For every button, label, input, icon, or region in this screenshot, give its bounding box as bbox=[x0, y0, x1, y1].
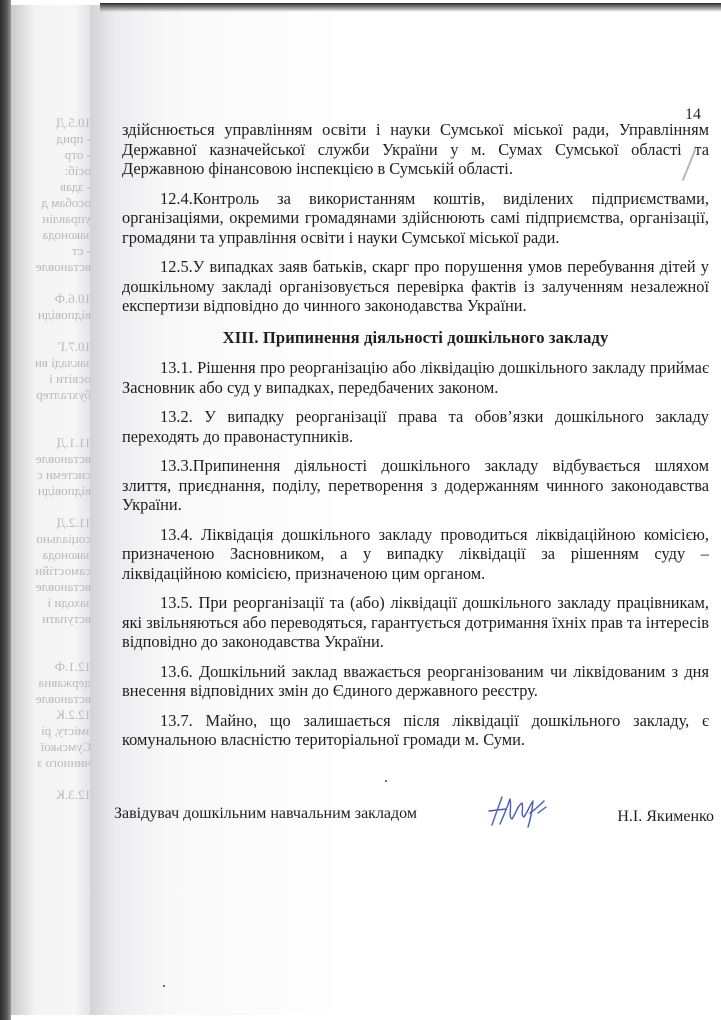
document-body: здійснюється управлінням освіти і науки … bbox=[122, 120, 709, 760]
bleed-line: системи с bbox=[21, 467, 90, 483]
page-top-edge-shadow bbox=[100, 3, 721, 12]
paragraph-12-4: 12.4.Контроль за використанням коштів, в… bbox=[122, 189, 709, 248]
bleed-line: встановле bbox=[21, 451, 90, 467]
bleed-line: державна bbox=[21, 675, 90, 691]
paragraph-13-6: 13.6. Дошкільний заклад вважається реорг… bbox=[122, 662, 709, 701]
bleed-line: заходи і bbox=[21, 595, 90, 611]
paragraph-13-5: 13.5. При реорганізації та (або) ліквіда… bbox=[122, 593, 709, 652]
bleed-line: 10.7.Г bbox=[21, 339, 90, 355]
bleed-line: закладі ви bbox=[21, 355, 90, 371]
bleed-line: 11.2.Д bbox=[21, 515, 90, 531]
bleed-line: - отр bbox=[21, 147, 90, 163]
paragraph-13-2: 13.2. У випадку реорганізації права та о… bbox=[122, 407, 709, 446]
bleed-line: 10.6.Ф bbox=[21, 291, 90, 307]
continuation-paragraph: здійснюється управлінням освіти і науки … bbox=[122, 120, 709, 179]
bleed-line: освіти і bbox=[21, 371, 90, 387]
bleed-line: відповідн bbox=[21, 307, 90, 323]
bleed-line bbox=[21, 275, 90, 291]
bleed-line: - прид bbox=[21, 131, 90, 147]
paragraph-13-4: 13.4. Ліквідація дошкільного закладу про… bbox=[122, 525, 709, 584]
paragraph-12-5: 12.5.У випадках заяв батьків, скарг про … bbox=[122, 257, 709, 316]
bleed-line bbox=[21, 323, 90, 339]
bleed-line: чинного з bbox=[21, 755, 90, 771]
bleed-line: 12.3.К bbox=[21, 787, 90, 803]
bleed-line: 12.1.Ф bbox=[21, 659, 90, 675]
handwritten-signature-icon bbox=[486, 791, 556, 831]
bleed-line bbox=[21, 643, 90, 659]
bleed-line: 12.2.К bbox=[21, 707, 90, 723]
signatory-name: Н.І. Якименко bbox=[617, 808, 714, 826]
signature-block: Завідувач дошкільним навчальним закладом… bbox=[114, 805, 714, 835]
previous-page-bleed-text: 10.5.Д- прид- отросіб:- здавособам дупра… bbox=[21, 115, 90, 803]
bleed-line: Сумської bbox=[21, 739, 90, 755]
paragraph-13-7: 13.7. Майно, що залишається після ліквід… bbox=[122, 711, 709, 750]
bleed-line bbox=[21, 771, 90, 787]
bleed-line bbox=[21, 403, 90, 419]
section-title: XIII. Припинення діяльності дошкільного … bbox=[122, 328, 709, 348]
bleed-line bbox=[21, 419, 90, 435]
bleed-line: відповідн bbox=[21, 483, 90, 499]
bleed-line: соціально bbox=[21, 531, 90, 547]
paragraph-13-1: 13.1. Рішення про реорганізацію або лікв… bbox=[122, 358, 709, 397]
bleed-line: бухгалтер bbox=[21, 387, 90, 403]
bleed-line: - ст bbox=[21, 243, 90, 259]
paragraph-13-3: 13.3.Припинення діяльності дошкільного з… bbox=[122, 456, 709, 515]
scanner-edge bbox=[0, 0, 11, 1020]
bleed-line: 11.1.Д bbox=[21, 435, 90, 451]
scan-speck bbox=[385, 780, 387, 782]
bleed-line: встановле bbox=[21, 691, 90, 707]
bleed-line: особам д bbox=[21, 195, 90, 211]
bleed-line: управлін bbox=[21, 211, 90, 227]
bleed-line: 10.5.Д bbox=[21, 115, 90, 131]
signatory-position: Завідувач дошкільним навчальним закладом bbox=[114, 805, 417, 823]
bleed-line: встановле bbox=[21, 259, 90, 275]
bleed-line: вступати bbox=[21, 611, 90, 627]
bleed-line bbox=[21, 627, 90, 643]
bleed-line: законода bbox=[21, 227, 90, 243]
bleed-line: осіб: bbox=[21, 163, 90, 179]
previous-page-strip: 10.5.Д- прид- отросіб:- здавособам дупра… bbox=[11, 5, 90, 1015]
bleed-line: законода bbox=[21, 547, 90, 563]
bleed-line: встановле bbox=[21, 579, 90, 595]
bleed-line: - здав bbox=[21, 179, 90, 195]
scan-speck bbox=[163, 985, 165, 987]
bleed-line: змісту, рі bbox=[21, 723, 90, 739]
bleed-line: самостійн bbox=[21, 563, 90, 579]
bleed-line bbox=[21, 499, 90, 515]
